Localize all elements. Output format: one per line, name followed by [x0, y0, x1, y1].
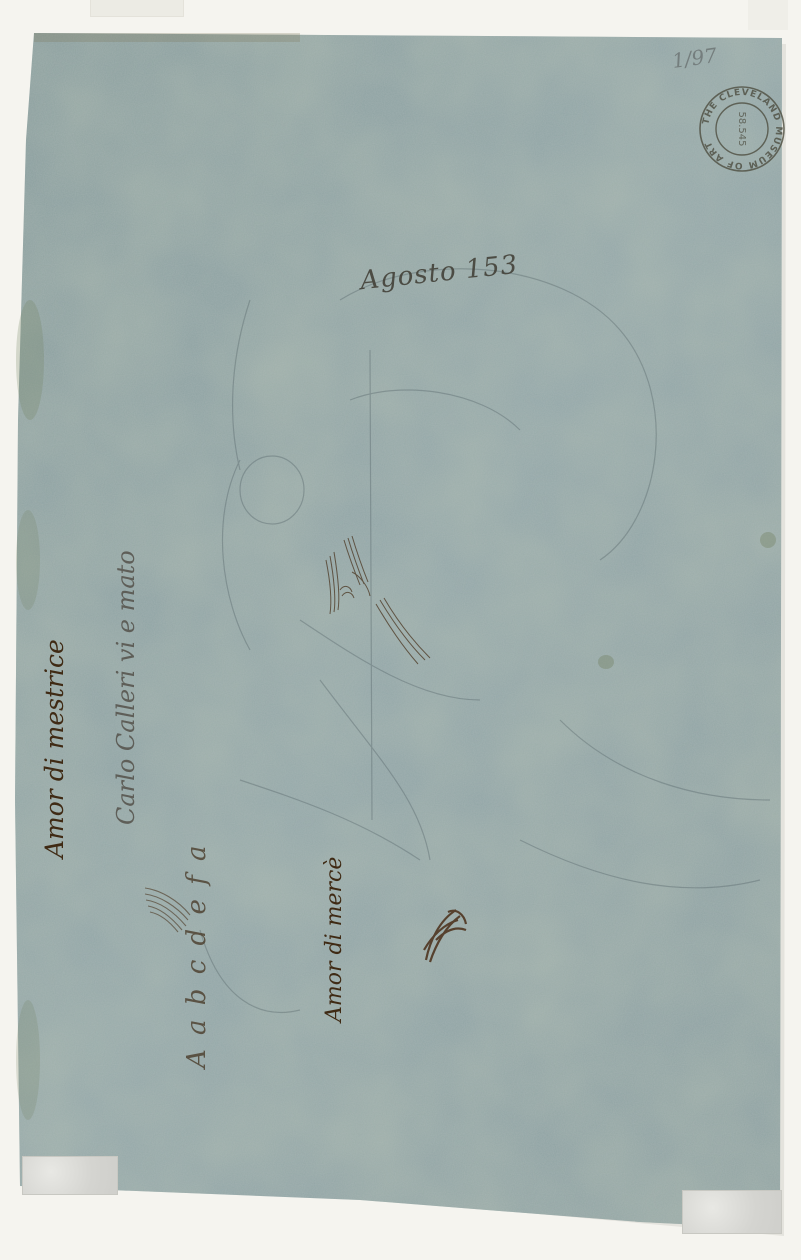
mount-hinge-left — [22, 1156, 118, 1195]
inscription-alphabet: A a b c d e f a — [182, 843, 212, 1069]
museum-collection-stamp: THE CLEVELAND MUSEUM OF ART 58.545 — [697, 84, 787, 174]
mount-hinge-right — [682, 1190, 782, 1234]
inscription-carlo: Carlo Calleri vi e mato — [112, 550, 140, 825]
inscription-amor-di-mestrice: Amor di mestrice — [40, 639, 69, 858]
inscription-amor-di-merce: Amor di mercè — [322, 857, 347, 1022]
svg-text:58.545: 58.545 — [736, 112, 747, 147]
